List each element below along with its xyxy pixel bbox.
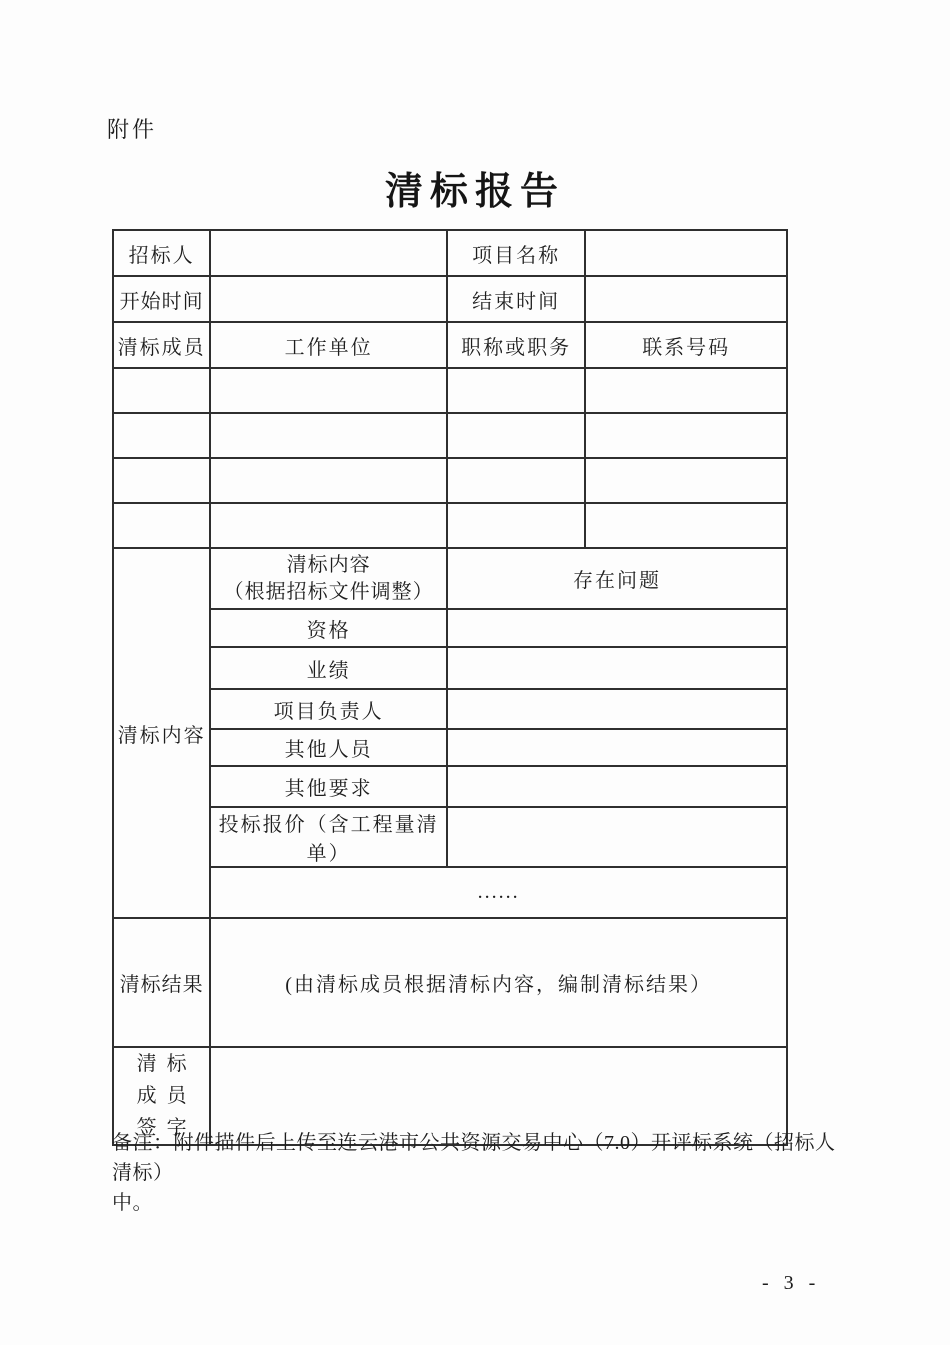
- member-cell: [447, 458, 585, 503]
- cell-start-time-value: [210, 276, 447, 322]
- member-cell: [113, 413, 210, 458]
- cell-item-value: [447, 729, 787, 766]
- cell-tenderer-value: [210, 230, 447, 276]
- member-cell: [210, 368, 447, 413]
- cell-item-value: [447, 807, 787, 867]
- content-header-line1: 清标内容: [211, 552, 446, 579]
- cell-tenderer-label: 招标人: [113, 230, 210, 276]
- cell-item-value: [447, 609, 787, 647]
- report-table: 招标人 项目名称 开始时间 结束时间 清标成员 工作单位 职称或职务 联系号码: [112, 229, 788, 1146]
- content-item-row: 项目负责人: [113, 689, 787, 729]
- member-cell: [113, 458, 210, 503]
- cell-content-item: 业绩: [210, 647, 447, 689]
- cell-project-name-value: [585, 230, 787, 276]
- signature-label-line: 成员: [114, 1080, 209, 1112]
- cell-result-content: (由清标成员根据清标内容，编制清标结果）: [210, 918, 787, 1047]
- cell-contact-header: 联系号码: [585, 322, 787, 368]
- footer-note-line2: 中。: [112, 1188, 842, 1218]
- row-ellipsis: ......: [113, 867, 787, 918]
- cell-content-item: 其他人员: [210, 729, 447, 766]
- content-item-row: 投标报价（含工程量清单）: [113, 807, 787, 867]
- document-title: 清标报告: [0, 160, 950, 215]
- member-cell: [210, 413, 447, 458]
- content-item-row: 资格: [113, 609, 787, 647]
- member-cell: [210, 458, 447, 503]
- cell-content-item: 项目负责人: [210, 689, 447, 729]
- attachment-label: 附件: [107, 113, 157, 144]
- cell-item-value: [447, 647, 787, 689]
- page-number: - 3 -: [762, 1272, 820, 1295]
- content-header-line2: （根据招标文件调整）: [211, 579, 446, 606]
- cell-title-post-header: 职称或职务: [447, 322, 585, 368]
- content-item-row: 其他要求: [113, 766, 787, 807]
- cell-item-value: [447, 766, 787, 807]
- member-cell: [447, 413, 585, 458]
- cell-content-item: 资格: [210, 609, 447, 647]
- cell-members-header: 清标成员: [113, 322, 210, 368]
- row-start-end-time: 开始时间 结束时间: [113, 276, 787, 322]
- member-cell: [113, 368, 210, 413]
- cell-issues-header: 存在问题: [447, 548, 787, 609]
- member-cell: [585, 368, 787, 413]
- signature-label-line: 清标: [114, 1048, 209, 1080]
- member-cell: [113, 503, 210, 548]
- member-row: [113, 413, 787, 458]
- footer-note: 备注：附件描件后上传至连云港市公共资源交易中心（7.0）开评标系统（招标人清标）…: [112, 1128, 842, 1218]
- content-item-row: 其他人员: [113, 729, 787, 766]
- cell-result-label: 清标结果: [113, 918, 210, 1047]
- member-row: [113, 368, 787, 413]
- row-tenderer-project: 招标人 项目名称: [113, 230, 787, 276]
- cell-content-header: 清标内容 （根据招标文件调整）: [210, 548, 447, 609]
- cell-start-time-label: 开始时间: [113, 276, 210, 322]
- cell-end-time-value: [585, 276, 787, 322]
- cell-work-unit-header: 工作单位: [210, 322, 447, 368]
- cell-project-name-label: 项目名称: [447, 230, 585, 276]
- member-cell: [447, 503, 585, 548]
- cell-end-time-label: 结束时间: [447, 276, 585, 322]
- member-cell: [447, 368, 585, 413]
- member-row: [113, 458, 787, 503]
- cell-section-label: 清标内容: [113, 548, 210, 918]
- cell-ellipsis: ......: [210, 867, 787, 918]
- footer-note-line1: 备注：附件描件后上传至连云港市公共资源交易中心（7.0）开评标系统（招标人清标）: [112, 1128, 842, 1188]
- member-cell: [585, 503, 787, 548]
- row-content-header: 清标内容 清标内容 （根据招标文件调整） 存在问题: [113, 548, 787, 609]
- member-cell: [585, 458, 787, 503]
- document-page: 附件 清标报告 招标人 项目名称 开始时间 结束时间 清标成员 工作单位 职称或…: [0, 0, 950, 1345]
- row-member-header: 清标成员 工作单位 职称或职务 联系号码: [113, 322, 787, 368]
- member-row: [113, 503, 787, 548]
- row-result: 清标结果 (由清标成员根据清标内容，编制清标结果）: [113, 918, 787, 1047]
- member-cell: [210, 503, 447, 548]
- member-cell: [585, 413, 787, 458]
- cell-content-item: 投标报价（含工程量清单）: [210, 807, 447, 867]
- cell-item-value: [447, 689, 787, 729]
- cell-content-item: 其他要求: [210, 766, 447, 807]
- content-item-row: 业绩: [113, 647, 787, 689]
